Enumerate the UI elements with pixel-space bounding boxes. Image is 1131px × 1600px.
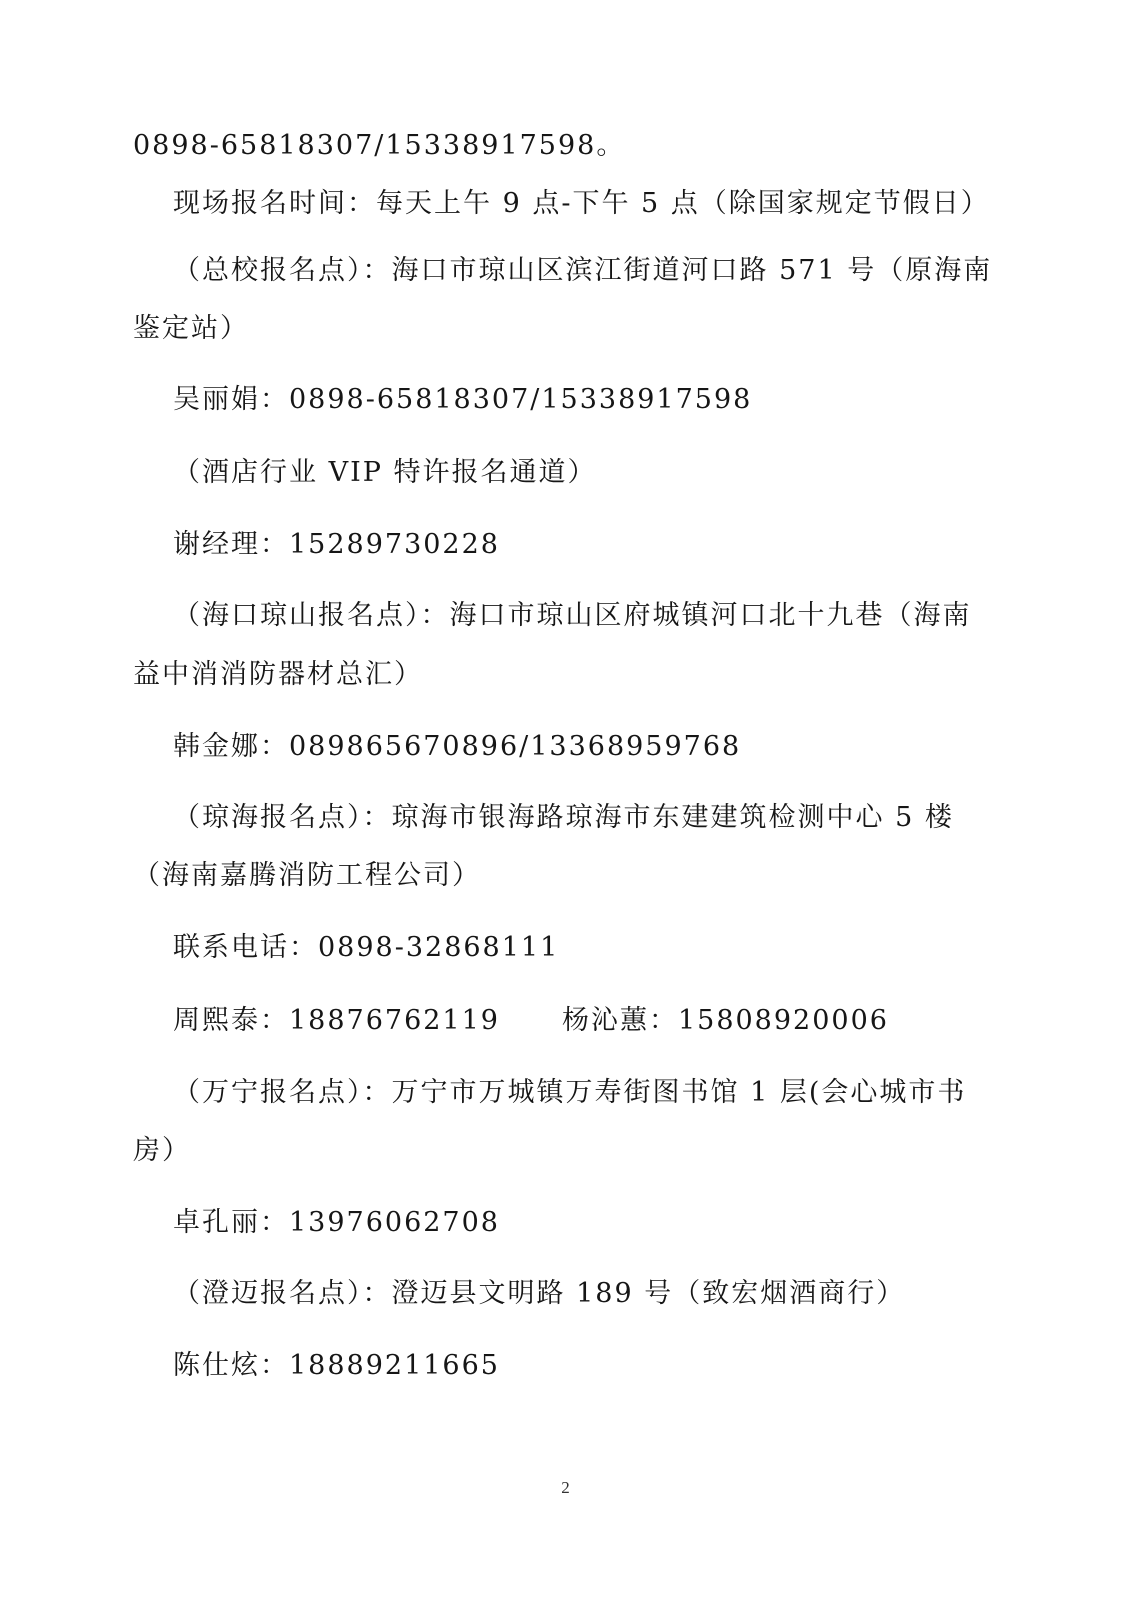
- page-number: 2: [0, 1478, 1131, 1498]
- qionghai-site-line2: （海南嘉腾消防工程公司）: [133, 858, 481, 894]
- qionghai-site-line1: （琼海报名点）：琼海市银海路琼海市东建建筑检测中心 5 楼: [173, 800, 954, 836]
- qiongshan-contact-line: 韩金娜：089865670896/13368959768: [173, 729, 741, 765]
- onsite-registration-time: 现场报名时间：每天上午 9 点-下午 5 点（除国家规定节假日）: [173, 186, 990, 222]
- hotel-vip-channel: （酒店行业 VIP 特许报名通道）: [173, 455, 597, 491]
- qiongshan-site-line1: （海口琼山报名点）：海口市琼山区府城镇河口北十九巷（海南: [173, 598, 972, 634]
- contact-yang: 杨沁蕙：15808920006: [562, 1005, 889, 1036]
- document-page: 0898-65818307/15338917598。 现场报名时间：每天上午 9…: [0, 0, 1131, 1600]
- chengmai-contact-line: 陈仕炫：18889211665: [173, 1348, 500, 1384]
- qionghai-contacts-line: 周熙泰：18876762119杨沁蕙：15808920006: [173, 1003, 889, 1039]
- hq-registration-site-line1: （总校报名点）：海口市琼山区滨江街道河口路 571 号（原海南: [173, 253, 992, 289]
- hotel-contact-line: 谢经理：15289730228: [173, 527, 500, 563]
- hq-contact-line: 吴丽娟：0898-65818307/15338917598: [173, 382, 752, 418]
- chengmai-site-line: （澄迈报名点）：澄迈县文明路 189 号（致宏烟酒商行）: [173, 1276, 905, 1312]
- wanning-contact-line: 卓孔丽：13976062708: [173, 1205, 500, 1241]
- wanning-site-line2: 房）: [133, 1133, 191, 1169]
- hq-registration-site-line2: 鉴定站）: [133, 311, 249, 347]
- qionghai-phone-line: 联系电话：0898-32868111: [173, 930, 559, 966]
- contact-zhou: 周熙泰：18876762119: [173, 1005, 500, 1036]
- continued-phone-line: 0898-65818307/15338917598。: [133, 128, 625, 164]
- wanning-site-line1: （万宁报名点）：万宁市万城镇万寿街图书馆 1 层(会心城市书: [173, 1075, 966, 1111]
- qiongshan-site-line2: 益中消消防器材总汇）: [133, 657, 423, 693]
